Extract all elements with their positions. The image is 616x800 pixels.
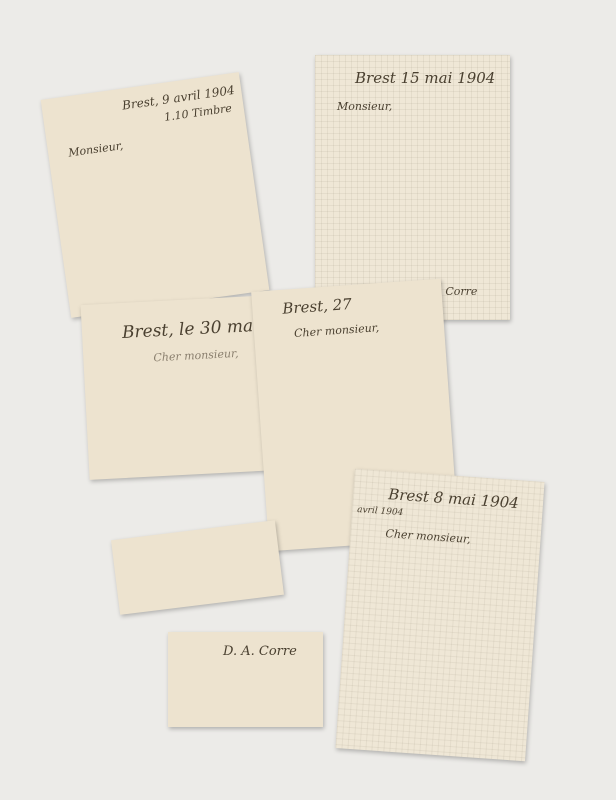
letter-salutation: Cher monsieur,	[153, 347, 239, 364]
letter-date: Brest, 27	[282, 295, 353, 318]
letter-3: Brest, le 30 mars Cher monsieur,	[81, 295, 280, 480]
letter-salutation: Cher monsieur,	[385, 527, 471, 546]
card-header: D. A. Corre	[223, 644, 297, 659]
letter-date: Brest 15 mai 1904	[355, 69, 495, 87]
card-2: D. A. Corre	[168, 632, 323, 727]
card-1	[111, 520, 284, 615]
letter-salutation: Monsieur,	[67, 139, 124, 160]
letter-date: Brest 8 mai 1904	[388, 485, 520, 512]
letter-side-note: avril 1904	[357, 505, 404, 518]
letter-date: Brest, le 30 mars	[122, 315, 271, 343]
letter-salutation: Monsieur,	[337, 100, 392, 113]
letter-5: Brest 8 mai 1904 avril 1904 Cher monsieu…	[335, 469, 544, 762]
letter-salutation: Cher monsieur,	[294, 321, 380, 340]
letter-1: Brest, 9 avril 1904 1.10 Timbre Monsieur…	[41, 72, 270, 318]
